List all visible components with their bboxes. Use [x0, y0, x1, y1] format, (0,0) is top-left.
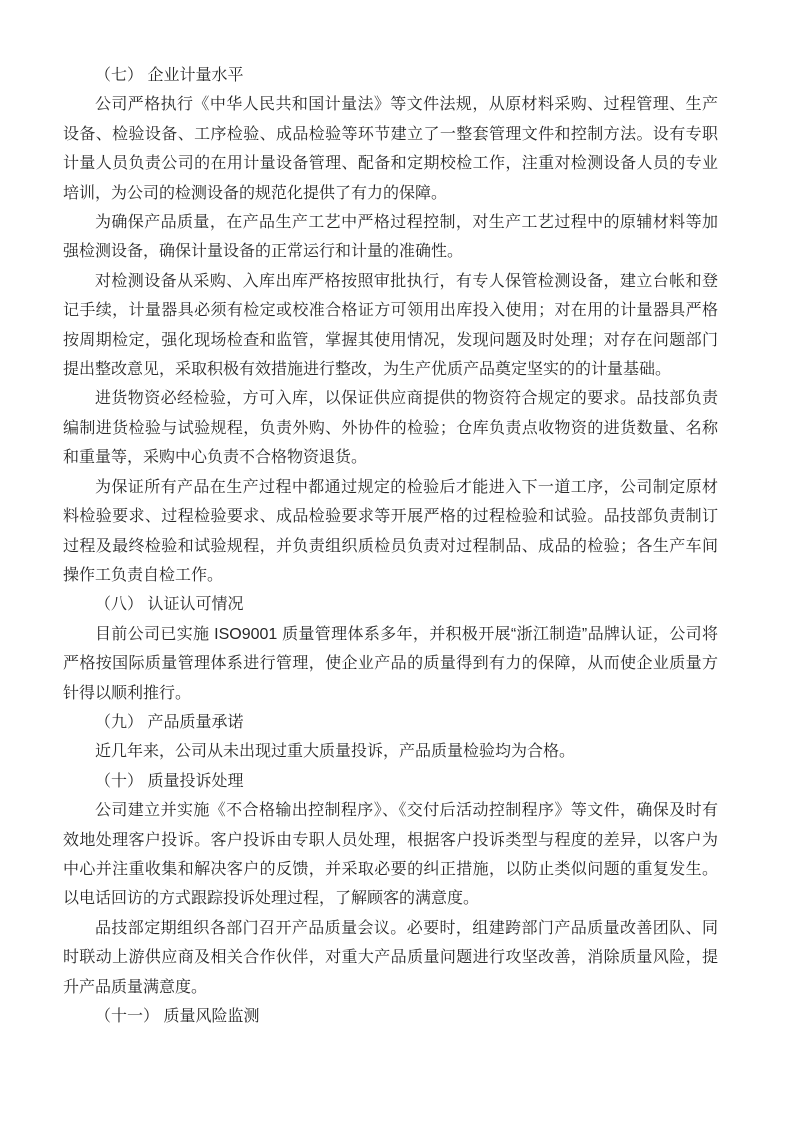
paragraph: 近几年来，公司从未出现过重大质量投诉，产品质量检验均为合格。: [63, 737, 718, 766]
section-heading-7: （七） 企业计量水平: [63, 61, 718, 90]
paragraph: 为保证所有产品在生产过程中都通过规定的检验后才能进入下一道工序，公司制定原材料检…: [63, 473, 718, 591]
paragraph: 公司建立并实施《不合格输出控制程序》、《交付后活动控制程序》等文件，确保及时有效…: [63, 796, 718, 914]
section-heading-11: （十一） 质量风险监测: [63, 1002, 718, 1031]
section-heading-9: （九） 产品质量承诺: [63, 708, 718, 737]
document-page: （七） 企业计量水平 公司严格执行《中华人民共和国计量法》等文件法规，从原材料采…: [0, 0, 800, 1131]
paragraph: 进货物资必经检验，方可入库，以保证供应商提供的物资符合规定的要求。品技部负责编制…: [63, 384, 718, 472]
section-heading-8: （八） 认证认可情况: [63, 590, 718, 619]
paragraph: 目前公司已实施 ISO9001 质量管理体系多年，并积极开展“浙江制造”品牌认证…: [63, 620, 718, 708]
paragraph: 为确保产品质量，在产品生产工艺中严格过程控制，对生产工艺过程中的原辅材料等加强检…: [63, 208, 718, 267]
paragraph: 品技部定期组织各部门召开产品质量会议。必要时，组建跨部门产品质量改善团队、同时联…: [63, 914, 718, 1002]
paragraph: 对检测设备从采购、入库出库严格按照审批执行，有专人保管检测设备，建立台帐和登记手…: [63, 267, 718, 385]
paragraph: 公司严格执行《中华人民共和国计量法》等文件法规，从原材料采购、过程管理、生产设备…: [63, 90, 718, 208]
section-heading-10: （十） 质量投诉处理: [63, 767, 718, 796]
